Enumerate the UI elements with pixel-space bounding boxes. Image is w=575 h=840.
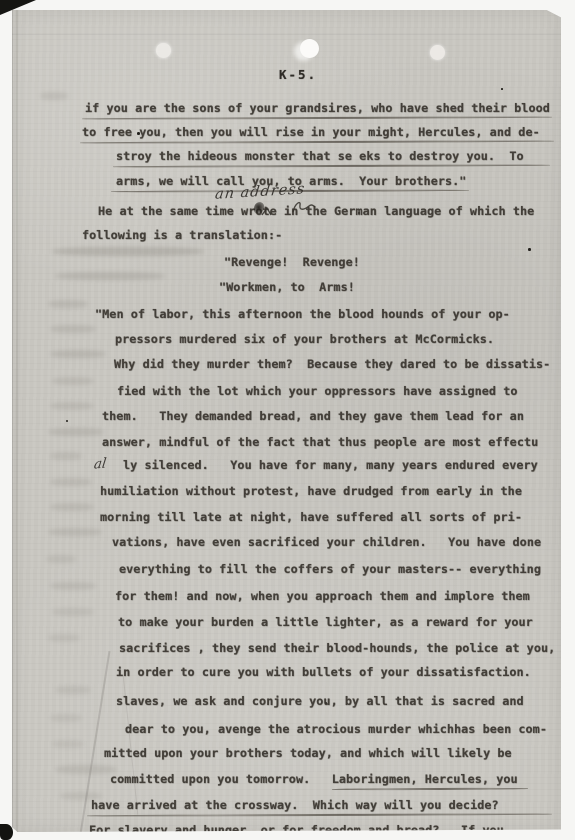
typed-line: ly silenced. You have for many, many yea…: [123, 458, 538, 473]
scan-corner-top-left: [0, 0, 36, 15]
typed-line: following is a translation:-: [82, 228, 282, 243]
typed-line: He at the same time wrote in the German …: [98, 204, 534, 219]
typed-line: for them! and now, when you approach the…: [115, 589, 530, 604]
typed-line: in order to cure you with bullets of you…: [116, 665, 531, 680]
pencil-underline: [113, 164, 550, 167]
typed-line: "Revenge! Revenge!: [224, 255, 360, 270]
handwritten-strike-mark: [292, 199, 316, 215]
typed-line: to free you, then you will rise in your …: [82, 125, 540, 140]
scanned-document-page: { "page": { "header": "K-5." }, "colors"…: [0, 0, 575, 840]
typed-line: sacrifices , they send their blood-hound…: [119, 641, 555, 656]
typed-line: to make your burden a little lighter, as…: [118, 615, 533, 630]
paper-sheet: K-5. if you are the sons of your grandsi…: [12, 10, 561, 832]
typed-line: mitted upon your brothers today, and whi…: [104, 746, 512, 761]
typed-line: answer, mindful of the fact that thus pe…: [102, 435, 538, 450]
typed-line: fied with the lot which your oppressors …: [117, 384, 518, 399]
typed-line: For slavery and hunger, or for freedom a…: [89, 823, 504, 832]
pencil-underline: [87, 813, 552, 817]
typed-line: Why did they murder them? Because they d…: [114, 357, 550, 372]
scan-corner-bottom-left: [0, 824, 13, 840]
typed-line: morning till late at night, have suffere…: [100, 510, 522, 525]
typed-line: humiliation without protest, have drudge…: [100, 484, 522, 499]
typed-line: slaves, we ask and conjure you, by all t…: [116, 694, 524, 709]
typed-line: "Workmen, to Arms!: [219, 280, 355, 295]
pencil-underline: [332, 788, 528, 791]
typed-line: them. They demanded bread, and they gave…: [102, 409, 524, 424]
typed-line: everything to fill the coffers of your m…: [119, 562, 541, 577]
typed-line: if you are the sons of your grandsires, …: [85, 101, 550, 116]
typed-line: "Men of labor, this afternoon the blood …: [95, 307, 510, 322]
pencil-underline: [82, 116, 552, 120]
typed-line: have arrived at the crossway. Which way …: [91, 798, 499, 813]
typed-line: dear to you, avenge the atrocious murder…: [125, 722, 547, 737]
handwritten-correction: al: [93, 455, 107, 472]
typed-line: committed upon you tomorrow. Laboringmen…: [110, 772, 518, 787]
typed-line: vations, have even sacrificed your child…: [112, 535, 541, 550]
typed-line: stroy the hideous monster that se eks to…: [116, 149, 524, 164]
typed-line: pressors murdered six of your brothers a…: [115, 332, 494, 347]
typed-lines: if you are the sons of your grandsires, …: [12, 10, 561, 832]
pencil-underline: [80, 140, 554, 144]
